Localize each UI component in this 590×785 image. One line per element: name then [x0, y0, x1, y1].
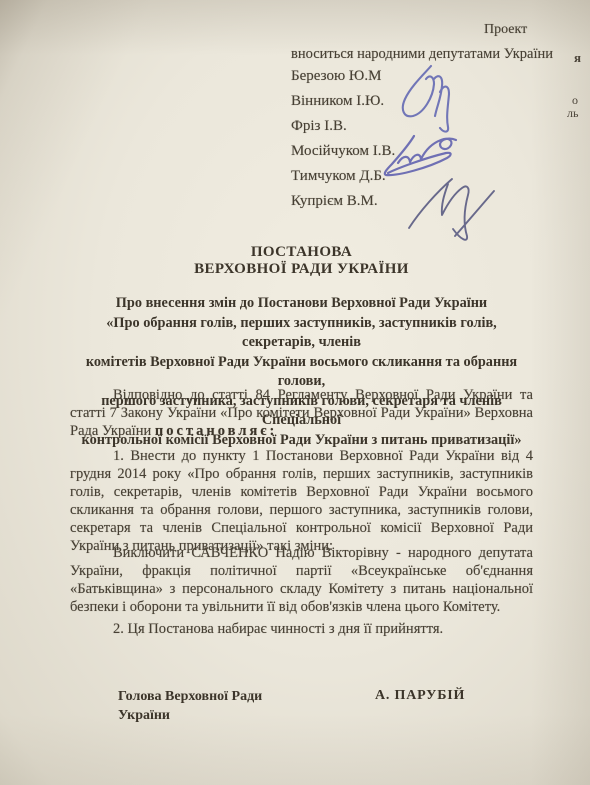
deputy-name: Мосійчуком І.В. [291, 139, 395, 164]
preamble-text: Відповідно до статті 84 Регламенту Верхо… [70, 387, 533, 439]
deputy-name: Тимчуком Д.Б. [291, 164, 395, 189]
submitted-by-line: вноситься народними депутатами України [291, 46, 553, 63]
scanned-document-page: Проект вноситься народними депутатами Ук… [0, 0, 590, 785]
signing-role-line-2: України [118, 707, 293, 726]
paragraph-item-1-sub: Виключити САВЧЕНКО Надію Вікторівну - на… [70, 545, 533, 617]
deputy-name: Фріз І.В. [291, 114, 395, 139]
decree-word: постановляє: [155, 423, 278, 439]
paragraph-item-2: 2. Ця Постанова набирає чинності з дня ї… [70, 621, 533, 639]
project-label: Проект [484, 22, 527, 38]
deputy-name: Вінником І.Ю. [291, 89, 395, 114]
signing-name: А. ПАРУБІЙ [375, 688, 465, 704]
document-heading: ПОСТАНОВА ВЕРХОВНОЇ РАДИ УКРАЇНИ [70, 244, 533, 277]
edge-text-fragment: ль [567, 106, 578, 121]
heading-line-2: ВЕРХОВНОЇ РАДИ УКРАЇНИ [70, 261, 533, 278]
heading-line-1: ПОСТАНОВА [70, 244, 533, 261]
title-line: Про внесення змін до Постанови Верховної… [70, 294, 533, 314]
deputy-name: Березою Ю.М [291, 64, 395, 89]
handwritten-signature-3 [409, 179, 494, 240]
deputy-name: Купрієм В.М. [291, 189, 395, 214]
title-line: комітетів Верховної Ради України восьмог… [70, 353, 533, 392]
deputies-list: Березою Ю.М Вінником І.Ю. Фріз І.В. Мосі… [291, 64, 395, 214]
paragraph-item-1: 1. Внести до пункту 1 Постанови Верховно… [70, 448, 533, 555]
preamble-paragraph: Відповідно до статті 84 Регламенту Верхо… [70, 387, 533, 441]
handwritten-signature-2 [385, 136, 456, 175]
signing-role: Голова Верховної Ради України [118, 688, 293, 725]
title-line: «Про обрання голів, перших заступників, … [70, 314, 533, 353]
edge-text-fragment: я [574, 50, 581, 66]
handwritten-signature-1 [403, 66, 449, 132]
signing-role-line-1: Голова Верховної Ради [118, 688, 293, 707]
